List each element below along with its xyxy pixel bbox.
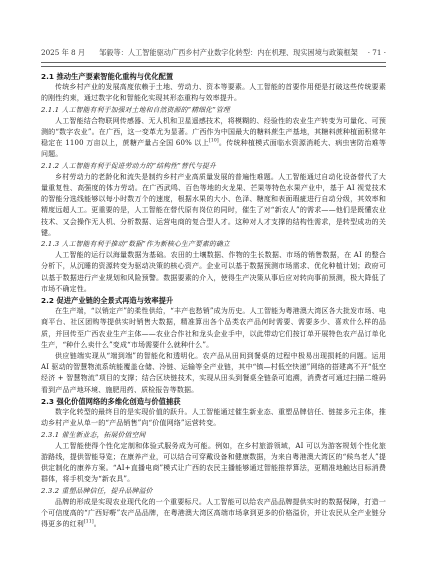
paragraph: 数字化转型的最终目的是实现价值的跃升。人工智能通过催生新业态、重塑品牌信任、链接… bbox=[41, 407, 386, 429]
subsection-heading: 2.3.2 重塑品牌信任，提升品牌溢价 bbox=[41, 486, 386, 497]
header-double-rule bbox=[41, 62, 386, 67]
paragraph: 乡村劳动力的老龄化和流失是制约乡村产业高质量发展的普遍性难题。人工智能通过自动化… bbox=[41, 172, 386, 239]
text: 在生产端，“以销定产”的柔性供给，“丰产也愁销”成为历史。人工智能为粤港澳大湾区… bbox=[41, 307, 386, 349]
paragraph: 品牌的形成是实现农业现代化的一个重要标尺。人工智能可以给农产品品牌提供实时的数据… bbox=[41, 497, 386, 531]
text: 2.1.3 人工智能有利于推动“数据”作为新核心生产要素的确立 bbox=[41, 240, 230, 248]
paragraph: 人工智能使得个性化定制和体验式服务成为可能。例如，在乡村旅游领域，AI 可以为游… bbox=[41, 441, 386, 486]
text: 人工智能的运行以海量数据为基础。农田的土壤数据、作物的生长数据、市场的销售数据，… bbox=[41, 251, 386, 293]
citation-ref[interactable]: [11] bbox=[84, 520, 94, 525]
text: 供应链端实现从“端到端”的智能化和透明化。农产品从田间到餐桌的过程中极易出现损耗… bbox=[41, 352, 386, 394]
text: 2.3.2 重塑品牌信任，提升品牌溢价 bbox=[41, 487, 153, 495]
paragraph: 传统乡村产业的发展高度依赖于土地、劳动力、资本等要素。人工智能的首要作用便是打破… bbox=[41, 82, 386, 104]
paragraph: 人工智能结合物联网传感器、无人机和卫星遥感技术，将模糊的、经验性的农业生产转变为… bbox=[41, 116, 386, 161]
section-heading: 2.1 推动生产要素智能化重构与优化配置 bbox=[41, 71, 386, 82]
journal-page: 2025 年 8 月 邹毅等：人工智能驱动广西乡村产业数字化转型：内在机理、现实… bbox=[41, 48, 386, 530]
text: 。 bbox=[94, 520, 101, 528]
text: 2.2 促进产业链的全景式再造与效率提升 bbox=[41, 296, 173, 305]
text: 乡村劳动力的老龄化和流失是制约乡村产业高质量发展的普遍性难题。人工智能通过自动化… bbox=[41, 173, 386, 237]
issue-date: 2025 年 8 月 bbox=[41, 48, 85, 58]
subsection-heading: 2.1.1 人工智能有利于加强对土地和自然资源的“精细化”管理 bbox=[41, 105, 386, 116]
paragraph: 供应链端实现从“端到端”的智能化和透明化。农产品从田间到餐桌的过程中极易出现损耗… bbox=[41, 351, 386, 396]
subsection-heading: 2.1.3 人工智能有利于推动“数据”作为新核心生产要素的确立 bbox=[41, 239, 386, 250]
text: 2.3.1 催生新业态，拓展价值空间 bbox=[41, 431, 146, 439]
text: 数字化转型的最终目的是实现价值的跃升。人工智能通过催生新业态、重塑品牌信任、链接… bbox=[41, 408, 386, 427]
section-heading: 2.2 促进产业链的全景式再造与效率提升 bbox=[41, 295, 386, 306]
text: 传统乡村产业的发展高度依赖于土地、劳动力、资本等要素。人工智能的首要作用便是打破… bbox=[41, 83, 386, 102]
citation-ref[interactable]: [10] bbox=[209, 139, 219, 144]
running-head: 2025 年 8 月 邹毅等：人工智能驱动广西乡村产业数字化转型：内在机理、现实… bbox=[41, 48, 386, 59]
text: 2.1.2 人工智能有利于促进劳动力的“结构性”替代与提升 bbox=[41, 162, 216, 170]
subsection-heading: 2.3.1 催生新业态，拓展价值空间 bbox=[41, 430, 386, 441]
text: 2.3 强化价值网络的多维化创造与价值捕获 bbox=[41, 397, 181, 406]
paragraph: 人工智能的运行以海量数据为基础。农田的土壤数据、作物的生长数据、市场的销售数据，… bbox=[41, 250, 386, 295]
article-body: 2.1 推动生产要素智能化重构与优化配置传统乡村产业的发展高度依赖于土地、劳动力… bbox=[41, 71, 386, 530]
text: 2.1.1 人工智能有利于加强对土地和自然资源的“精细化”管理 bbox=[41, 106, 230, 114]
paragraph: 在生产端，“以销定产”的柔性供给，“丰产也愁销”成为历史。人工智能为粤港澳大湾区… bbox=[41, 306, 386, 351]
text: 2.1 推动生产要素智能化重构与优化配置 bbox=[41, 72, 173, 81]
section-heading: 2.3 强化价值网络的多维化创造与价值捕获 bbox=[41, 396, 386, 407]
article-title: 邹毅等：人工智能驱动广西乡村产业数字化转型：内在机理、现实困境与政策框架 bbox=[99, 48, 358, 58]
page-number: · 71 · bbox=[368, 48, 386, 58]
subsection-heading: 2.1.2 人工智能有利于促进劳动力的“结构性”替代与提升 bbox=[41, 161, 386, 172]
text: 人工智能使得个性化定制和体验式服务成为可能。例如，在乡村旅游领域，AI 可以为游… bbox=[41, 442, 386, 484]
